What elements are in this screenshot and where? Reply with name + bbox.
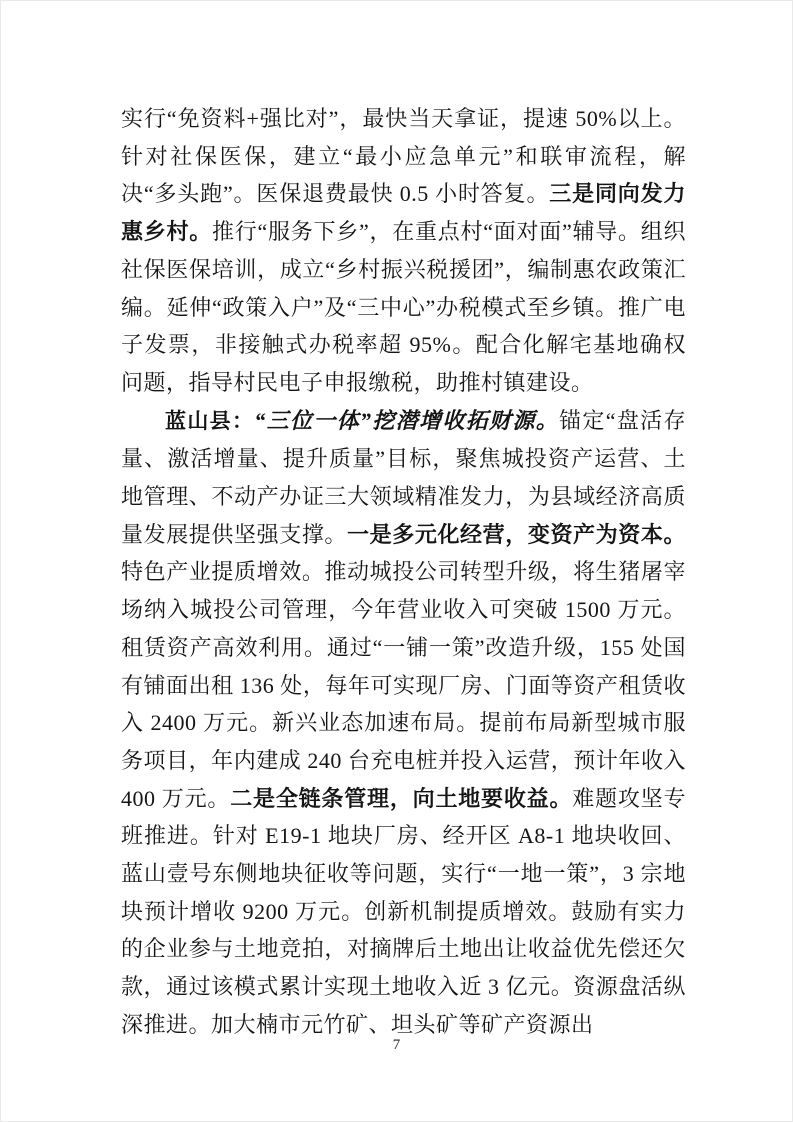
page-footer: 7: [1, 1037, 792, 1054]
emphasis-run: “三位一体”挖潜增收拓财源。: [254, 408, 559, 433]
text-run: 特色产业提质增效。推动城投公司转型升级，将生猪屠宰场纳入城投公司管理，今年营业收…: [121, 559, 686, 810]
paragraph: 实行“免资料+强比对”，最快当天拿证，提速 50%以上。针对社保医保，建立“最小…: [121, 100, 686, 402]
text-run: 推行“服务下乡”，在重点村“面对面”辅导。组织社保医保培训，成立“乡村振兴税援团…: [121, 219, 686, 395]
document-page: 实行“免资料+强比对”，最快当天拿证，提速 50%以上。针对社保医保，建立“最小…: [0, 0, 793, 1122]
paragraph: 蓝山县：“三位一体”挖潜增收拓财源。锚定“盘活存量、激活增量、提升质量”目标，聚…: [121, 402, 686, 1044]
text-run: 难题攻坚专班推进。针对 E19-1 地块厂房、经开区 A8-1 地块收回、蓝山壹…: [121, 786, 686, 1037]
emphasis-run: 二是全链条管理，向土地要收益。: [230, 786, 572, 811]
emphasis-run: 蓝山县：: [165, 410, 254, 433]
emphasis-run: 一是多元化经营，变资产为资本。: [347, 522, 686, 547]
document-body: 实行“免资料+强比对”，最快当天拿证，提速 50%以上。针对社保医保，建立“最小…: [121, 100, 686, 1044]
page-number: 7: [393, 1037, 401, 1053]
